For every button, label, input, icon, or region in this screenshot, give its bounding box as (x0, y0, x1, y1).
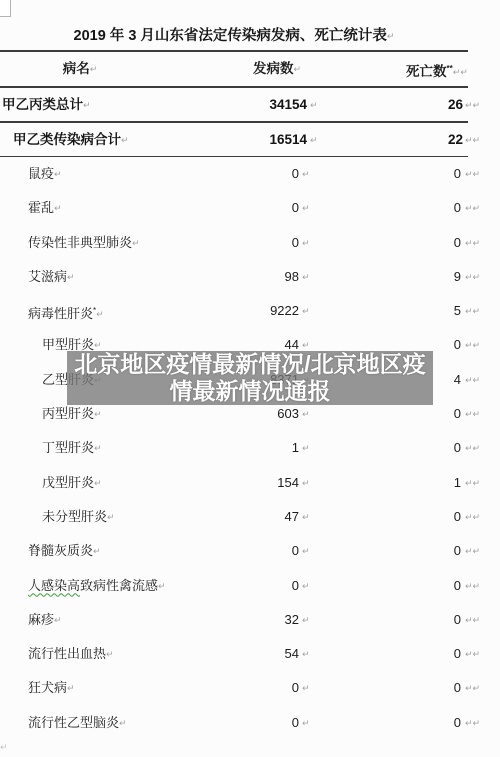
table-row: 戊型肝炎↵154↵1↵↵ (0, 466, 500, 500)
pilcrow-mark: ↵↵ (465, 328, 480, 362)
table-header-row: 病名↵ 发病数↵ 死亡数**↵↵ (0, 50, 500, 88)
document-page: 2019 年 3 月山东省法定传染病发病、死亡统计表↵ 病名↵ 发病数↵ 死亡数… (0, 0, 500, 757)
pilcrow-mark: ↵↵ (465, 226, 480, 260)
table-row: 麻疹↵32↵0↵↵ (0, 603, 500, 637)
death-count-cell: 22 (0, 123, 463, 157)
death-count-cell: 0 (0, 191, 461, 225)
pilcrow-mark: ↵↵ (465, 466, 480, 500)
pilcrow-mark: ↵↵ (465, 294, 480, 328)
pilcrow-mark: ↵↵ (465, 363, 480, 397)
pilcrow-mark: ↵↵ (465, 569, 480, 603)
column-header-death-count: 死亡数**↵↵ (406, 50, 468, 91)
pilcrow-mark: ↵↵ (465, 88, 480, 122)
pilcrow-mark: ↵ (90, 64, 98, 74)
pilcrow-mark: ↵↵ (465, 603, 480, 637)
column-header-disease-name: 病名↵ (0, 50, 160, 88)
table-row: 甲乙丙类总计↵34154↵26↵↵ (0, 88, 500, 123)
table-rows: 甲乙丙类总计↵34154↵26↵↵甲乙类传染病合计↵16514↵22↵↵鼠疫↵0… (0, 88, 500, 740)
table-row: 甲乙类传染病合计↵16514↵22↵↵ (0, 123, 500, 158)
pilcrow-mark: ↵↵ (465, 123, 480, 157)
table-row: 流行性乙型脑炎↵0↵0↵↵ (0, 706, 500, 740)
table-row: 病毒性肝炎*↵9222↵5↵↵ (0, 294, 500, 328)
pilcrow-mark: ↵↵ (465, 397, 480, 431)
death-count-cell: 0 (0, 431, 461, 465)
table-row: 鼠疫↵0↵0↵↵ (0, 157, 500, 191)
pilcrow-mark: ↵↵ (465, 157, 480, 191)
watermark-overlay: 北京地区疫情最新情况/北京地区疫 情最新情况通报 (67, 351, 433, 405)
death-count-cell: 0 (0, 226, 461, 260)
table-row: 未分型肝炎↵47↵0↵↵ (0, 500, 500, 534)
table-row: 霍乱↵0↵0↵↵ (0, 191, 500, 225)
death-count-cell: 9 (0, 260, 461, 294)
page-corner-fragment (0, 0, 11, 17)
pilcrow-mark: ↵↵ (465, 260, 480, 294)
pilcrow-mark: ↵↵ (465, 637, 480, 671)
pilcrow-mark: ↵ (0, 742, 8, 753)
death-count-cell: 26 (0, 88, 463, 122)
table-row: 传染性非典型肺炎↵0↵0↵↵ (0, 226, 500, 260)
pilcrow-mark: ↵↵ (465, 706, 480, 740)
watermark-line-2: 情最新情况通报 (67, 378, 433, 405)
pilcrow-mark: ↵↵ (465, 431, 480, 465)
table-row: 流行性出血热↵54↵0↵↵ (0, 637, 500, 671)
table-title: 2019 年 3 月山东省法定传染病发病、死亡统计表↵ (0, 24, 468, 45)
pilcrow-mark: ↵↵ (465, 671, 480, 705)
death-count-cell: 0 (0, 603, 461, 637)
watermark-line-1: 北京地区疫情最新情况/北京地区疫 (67, 351, 433, 378)
pilcrow-mark: ↵ (293, 64, 301, 74)
pilcrow-mark: ↵↵ (465, 500, 480, 534)
pilcrow-mark: ↵↵ (465, 191, 480, 225)
table-title-text: 2019 年 3 月山东省法定传染病发病、死亡统计表 (74, 28, 387, 44)
death-count-cell: 0 (0, 671, 461, 705)
column-header-case-count: 发病数↵ (217, 50, 337, 88)
table-row: 人感染高致病性禽流感↵0↵0↵↵ (0, 569, 500, 603)
death-count-cell: 0 (0, 637, 461, 671)
death-count-cell: 0 (0, 569, 461, 603)
table-row: 脊髓灰质炎↵0↵0↵↵ (0, 534, 500, 568)
table-row: 艾滋病↵98↵9↵↵ (0, 260, 500, 294)
pilcrow-mark: ↵ (387, 31, 395, 41)
death-count-cell: 0 (0, 157, 461, 191)
pilcrow-mark: ↵ (460, 67, 468, 77)
table-row: 狂犬病↵0↵0↵↵ (0, 671, 500, 705)
table-row: 丁型肝炎↵1↵0↵↵ (0, 431, 500, 465)
pilcrow-mark: ↵↵ (465, 534, 480, 568)
death-count-cell: 1 (0, 466, 461, 500)
death-count-cell: 5 (0, 294, 461, 328)
death-count-cell: 0 (0, 706, 461, 740)
death-count-cell: 0 (0, 534, 461, 568)
death-count-cell: 0 (0, 500, 461, 534)
